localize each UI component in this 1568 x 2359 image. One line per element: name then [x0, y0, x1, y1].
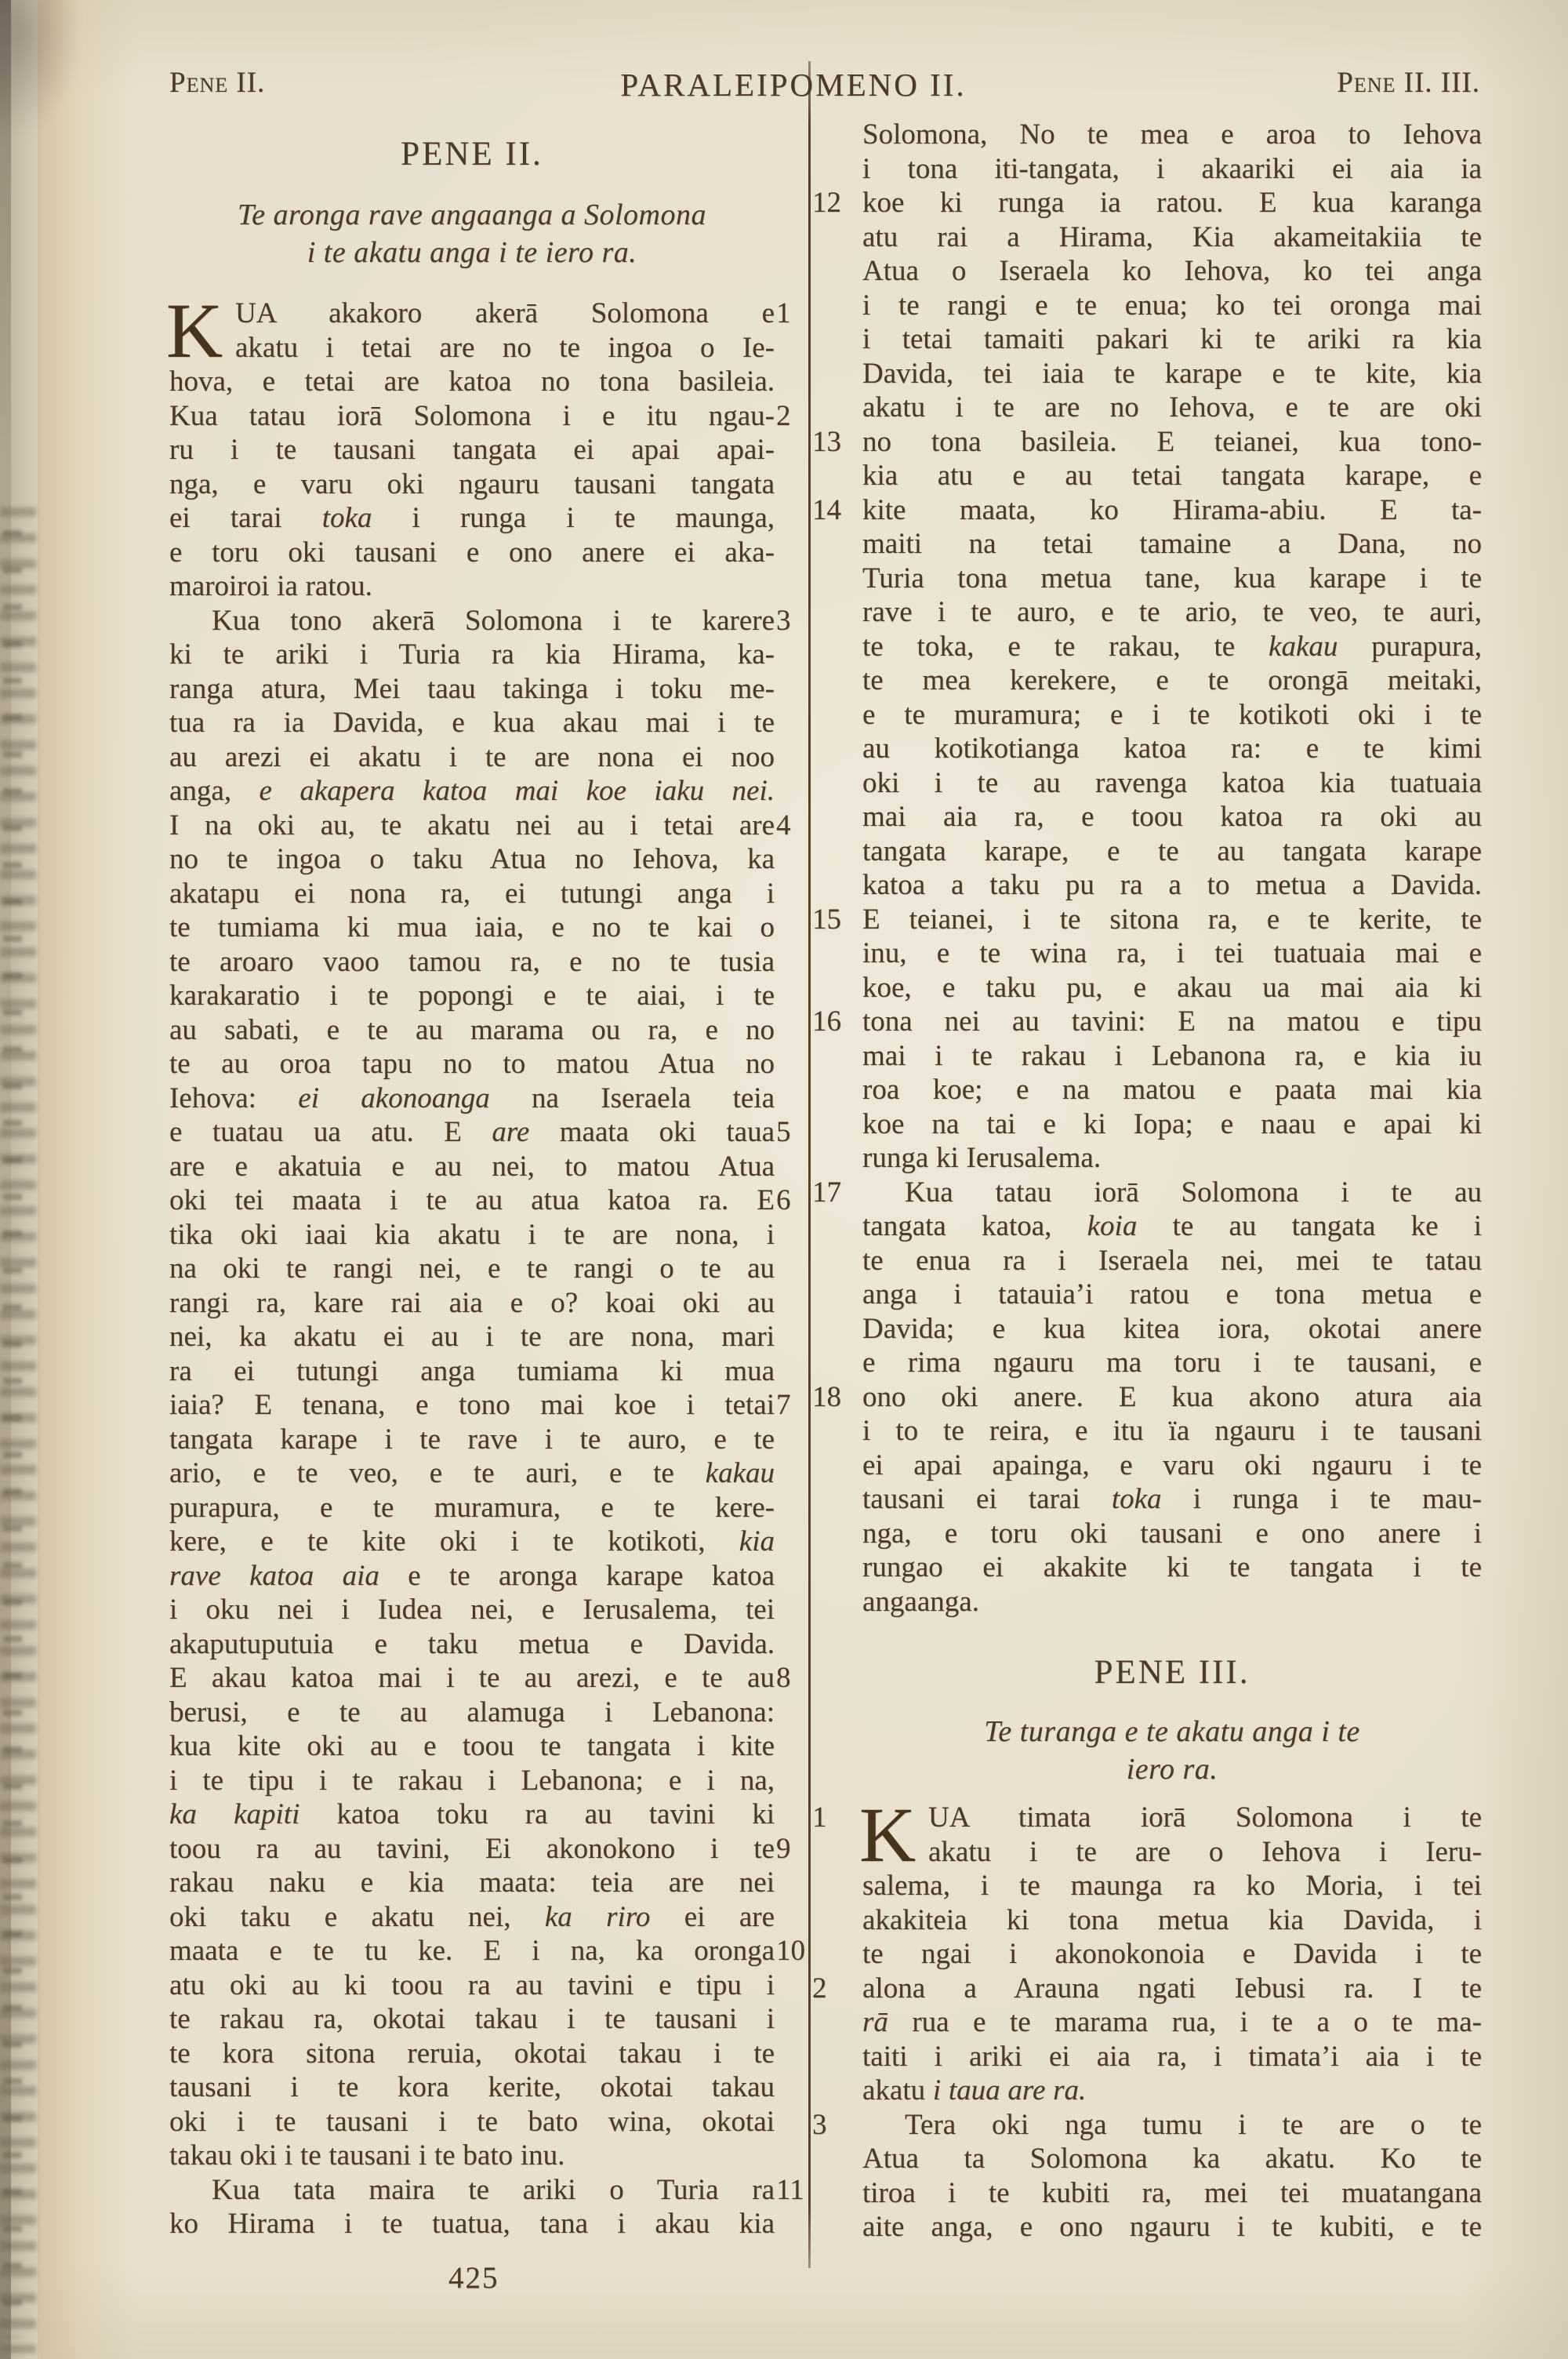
- verse-number: 3: [812, 2108, 853, 2143]
- gutter-shadow: [38, 0, 132, 2359]
- text-line: ranga atura, Mei taau takinga i toku me-: [169, 672, 775, 707]
- text-line: no te ingoa o taku Atua no Iehova, ka: [169, 842, 775, 877]
- verse-number: 17: [812, 1176, 853, 1210]
- line-text: koe ki runga ia ratou. E kua karanga: [862, 187, 1482, 219]
- chapter-subtitle-line: iero ra.: [862, 1752, 1482, 1787]
- line-text: runga ki Ierusalema.: [862, 1142, 1101, 1174]
- line-text: tausani i te kora kerite, okotai takau: [169, 2071, 775, 2103]
- line-text: tangata karape, e te au tangata karape: [862, 835, 1482, 867]
- text-line: Solomona, No te mea e aroa to Iehova: [862, 118, 1482, 152]
- text-line: atu oki au ki toou ra au tavini e tipu i: [169, 1968, 775, 2003]
- line-text: Atua o Iseraela ko Iehova, ko tei anga: [862, 255, 1482, 287]
- text-line: au sabati, e te au marama ou ra, e no: [169, 1013, 775, 1048]
- verse-number: 3: [776, 604, 811, 638]
- line-text: akaputuputuia e taku metua e Davida.: [169, 1628, 775, 1660]
- verse-number: 12: [812, 186, 853, 220]
- line-text: Kua tatau iorā Solomona i te au: [905, 1176, 1482, 1209]
- verse-number: 2: [812, 1972, 853, 2006]
- chapter-subtitle-line: Te turanga e te akatu anga i te: [862, 1714, 1482, 1749]
- line-text: akatu i te are no Iehova, e te are oki: [862, 391, 1482, 423]
- italic-text: rave katoa aia: [169, 1560, 379, 1592]
- verse-number: 5: [776, 1115, 811, 1150]
- line-text: ei apai apainga, e varu oki ngauru i te: [862, 1449, 1482, 1481]
- line-text: mai aia ra, e toou katoa ra oki au: [862, 801, 1482, 833]
- text-line: i tona iti-tangata, i akaariki ei aia ia: [862, 152, 1482, 187]
- text-line: salema, i te maunga ra ko Moria, i tei: [862, 1869, 1482, 1903]
- text-line: te enua ra i Iseraela nei, mei te tatau: [862, 1244, 1482, 1278]
- line-text: au kotikotianga katoa ra: e te kimi: [862, 732, 1482, 765]
- line-text: maiti na tetai tamaine a Dana, no: [862, 528, 1482, 560]
- text-line: atu rai a Hirama, Kia akameitakiia te: [862, 220, 1482, 255]
- line-text: rā rua e te marama rua, i te a o te ma-: [862, 2006, 1482, 2038]
- text-line: te aroaro vaoo tamou ra, e no te tusia: [169, 945, 775, 980]
- showthrough-text-marks: [3, 518, 22, 2337]
- line-text: toou ra au tavini, Ei akonokono i te: [169, 1833, 775, 1865]
- corner-shadow: [0, 0, 78, 136]
- line-text: UA timata iorā Solomona i te: [928, 1801, 1482, 1834]
- verse-number: 7: [776, 1388, 811, 1423]
- line-text: ru i te tausani tangata ei apai apai-: [169, 434, 775, 466]
- text-line: nga, e toru oki tausani e ono anere i: [862, 1517, 1482, 1551]
- chapter-heading: PENE II.: [169, 135, 775, 173]
- line-text: te tumiama ki mua iaia, e no te kai o: [169, 911, 775, 943]
- text-line: tausani ei tarai toka i runga i te mau-: [862, 1482, 1482, 1517]
- line-text: no te ingoa o taku Atua no Iehova, ka: [169, 843, 775, 875]
- line-text: au arezi ei akatu i te are nona ei noo: [169, 741, 775, 773]
- line-text: I na oki au, te akatu nei au i tetai are: [169, 809, 775, 841]
- verse-number: 11: [776, 2173, 811, 2208]
- text-line: i tetai tamaiti pakari ki te ariki ra ki…: [862, 322, 1482, 357]
- line-text: anga, e akapera katoa mai koe iaku nei.: [169, 775, 775, 807]
- column-text-block: Solomona, No te mea e aroa to Iehovai to…: [862, 118, 1482, 1619]
- line-text: te enua ra i Iseraela nei, mei te tatau: [862, 1245, 1482, 1277]
- text-line: te kora sitona reruia, okotai takau i te: [169, 2037, 775, 2071]
- line-text: Iehova: ei akonoanga na Iseraela teia: [169, 1082, 775, 1114]
- line-text: nga, e varu oki ngauru tausani tangata: [169, 468, 775, 500]
- line-text: ki te ariki i Turia ra kia Hirama, ka-: [169, 638, 775, 671]
- text-line: maiti na tetai tamaine a Dana, no: [862, 527, 1482, 562]
- text-line: ono oki anere. E kua akono atura aia18: [862, 1380, 1482, 1415]
- text-line: akaputuputuia e taku metua e Davida.: [169, 1627, 775, 1662]
- text-line: Tera oki nga tumu i te are o te3: [862, 2108, 1482, 2143]
- verse-number: 18: [812, 1380, 853, 1415]
- text-line: Kua tatau iorā Solomona i e itu ngau-2: [169, 399, 775, 434]
- line-text: Kua tatau iorā Solomona i e itu ngau-: [169, 400, 775, 432]
- line-text: au sabati, e te au marama ou ra, e no: [169, 1014, 775, 1046]
- text-line: i to te reira, e itu ïa ngauru i te taus…: [862, 1414, 1482, 1448]
- line-text: oki i te au ravenga katoa kia tuatuaia: [862, 767, 1482, 799]
- line-text: e toru oki tausani e ono anere ei aka-: [169, 536, 775, 569]
- text-line: tangata karape, e te au tangata karape: [862, 834, 1482, 869]
- text-line: au arezi ei akatu i te are nona ei noo: [169, 740, 775, 775]
- line-text: koe, e taku pu, e akau ua mai aia ki: [862, 972, 1482, 1004]
- text-line: roa koe; e na matou e paata mai kia: [862, 1073, 1482, 1107]
- line-text: ei tarai toka i runga i te maunga,: [169, 502, 775, 534]
- text-line: kite maata, ko Hirama-abiu. E ta-14: [862, 493, 1482, 528]
- text-line: hova, e tetai are katoa no tona basileia…: [169, 365, 775, 399]
- italic-text: ei akonoanga: [298, 1082, 489, 1114]
- italic-text: are: [492, 1116, 529, 1148]
- italic-text: kakau: [706, 1457, 775, 1489]
- verse-number: 16: [812, 1005, 853, 1039]
- chapter-subtitle-line: i te akatu anga i te iero ra.: [169, 235, 775, 270]
- text-line: nei, ka akatu ei au i te are nona, mari: [169, 1320, 775, 1354]
- line-text: takau oki i te tausani i te bato inu.: [169, 2139, 564, 2172]
- line-text: Davida; e kua kitea iora, okotai anere: [862, 1313, 1482, 1345]
- text-line: i te tipu i te rakau i Lebanona; e i na,: [169, 1764, 775, 1798]
- text-line: te rakau ra, okotai takau i te tausani i: [169, 2002, 775, 2037]
- text-line: Kua tono akerā Solomona i te karere3: [169, 604, 775, 638]
- verse-number: 13: [812, 425, 853, 460]
- text-line: taiti i ariki ei aia ra, i timata’i aia …: [862, 2040, 1482, 2074]
- line-text: te toka, e te rakau, te kakau purapura,: [862, 631, 1482, 663]
- line-text: tangata katoa, koia te au tangata ke i: [862, 1210, 1482, 1242]
- line-text: i te rangi e te enua; ko tei oronga mai: [862, 289, 1482, 322]
- text-line: iaia? E tenana, e tono mai koe i tetai7: [169, 1388, 775, 1423]
- line-text: rakau naku e kia maata: teia are nei: [169, 1866, 775, 1899]
- text-line: oki taku e akatu nei, ka riro ei are: [169, 1900, 775, 1935]
- text-line: Atua o Iseraela ko Iehova, ko tei anga: [862, 254, 1482, 289]
- text-line: te mea kerekere, e te orongā meitaki,: [862, 663, 1482, 698]
- line-text: alona a Arauna ngati Iebusi ra. I te: [862, 1972, 1482, 2005]
- italic-text: ka kapiti: [169, 1798, 299, 1830]
- text-line: E akau katoa mai i te au arezi, e te au8: [169, 1661, 775, 1696]
- text-line: Turia tona metua tane, kua karape i te: [862, 562, 1482, 596]
- text-line: mai aia ra, e toou katoa ra oki au: [862, 800, 1482, 834]
- text-line: tona nei au tavini: E na matou e tipu16: [862, 1005, 1482, 1039]
- text-line: te au oroa tapu no to matou Atua no: [169, 1047, 775, 1081]
- line-text: te kora sitona reruia, okotai takau i te: [169, 2037, 775, 2070]
- chapter-subtitle-line: Te aronga rave angaanga a Solomona: [169, 198, 775, 232]
- text-line: no tona basileia. E teianei, kua tono-13: [862, 425, 1482, 460]
- line-text: E teianei, i te sitona ra, e te kerite, …: [862, 903, 1482, 936]
- text-line: tausani i te kora kerite, okotai takau: [169, 2070, 775, 2105]
- text-line: e te muramura; e i te kotikoti oki i te: [862, 698, 1482, 732]
- text-line: rungao ei akakite ki te tangata i te: [862, 1550, 1482, 1585]
- text-line: ki te ariki i Turia ra kia Hirama, ka-: [169, 638, 775, 672]
- text-line: oki i te au ravenga katoa kia tuatuaia: [862, 766, 1482, 801]
- line-text: berusi, e te au alamuga i Lebanona:: [169, 1696, 775, 1728]
- line-text: aite anga, e ono ngauru i te kubiti, e t…: [862, 2211, 1482, 2243]
- text-line: akatu i tetai are no te ingoa o Ie-: [169, 331, 775, 365]
- line-text: mai i te rakau i Lebanona ra, e kia iu: [862, 1040, 1482, 1072]
- text-line: Kua tatau iorā Solomona i te au17: [862, 1176, 1482, 1210]
- verse-number: 1: [812, 1801, 853, 1835]
- text-line: tika oki iaai kia akatu i te are nona, i: [169, 1218, 775, 1252]
- italic-text: toka: [322, 502, 372, 534]
- text-line: purapura, e te muramura, e te kere-: [169, 1491, 775, 1525]
- line-text: i oku nei i Iudea nei, e Ierusalema, tei: [169, 1594, 775, 1626]
- text-line: kia atu e au tetai tangata karape, e: [862, 459, 1482, 493]
- line-text: tua ra ia Davida, e kua akau mai i te: [169, 707, 775, 739]
- line-text: salema, i te maunga ra ko Moria, i tei: [862, 1870, 1482, 1902]
- verse-number: 8: [776, 1661, 811, 1696]
- text-line: na oki te rangi nei, e te rangi o te au: [169, 1252, 775, 1286]
- text-line: nga, e varu oki ngauru tausani tangata: [169, 467, 775, 502]
- text-line: maroiroi ia ratou.: [169, 569, 775, 604]
- text-line: koe, e taku pu, e akau ua mai aia ki: [862, 971, 1482, 1005]
- italic-text: rā: [862, 2006, 888, 2038]
- line-text: Davida, tei iaia te karape e te kite, ki…: [862, 358, 1482, 390]
- line-text: iaia? E tenana, e tono mai koe i tetai: [169, 1389, 775, 1421]
- line-text: tona nei au tavini: E na matou e tipu: [862, 1005, 1482, 1038]
- line-text: i te tipu i te rakau i Lebanona; e i na,: [169, 1765, 775, 1797]
- text-line: UA timata iorā Solomona i te1: [862, 1801, 1482, 1835]
- line-text: nei, ka akatu ei au i te are nona, mari: [169, 1321, 775, 1353]
- text-line: E teianei, i te sitona ra, e te kerite, …: [862, 903, 1482, 937]
- column-text-block: K UA akakoro akerā Solomona e1akatu i te…: [169, 296, 775, 2241]
- line-text: akatu i taua are ra.: [862, 2074, 1086, 2106]
- line-text: katoa a taku pu ra a to metua a Davida.: [862, 869, 1482, 901]
- text-line: oki tei maata i te au atua katoa ra. E6: [169, 1183, 775, 1218]
- line-text: ra ei tutungi anga tumiama ki mua: [169, 1355, 775, 1387]
- text-line: rā rua e te marama rua, i te a o te ma-: [862, 2005, 1482, 2040]
- line-text: purapura, e te muramura, e te kere-: [169, 1492, 775, 1524]
- running-header-left: Pene II.: [169, 66, 265, 100]
- line-text: e te muramura; e i te kotikoti oki i te: [862, 699, 1482, 731]
- text-line: tiroa i te kubiti ra, mei tei muatangana: [862, 2176, 1482, 2211]
- line-text: tika oki iaai kia akatu i te are nona, i: [169, 1219, 775, 1251]
- text-line: toou ra au tavini, Ei akonokono i te9: [169, 1832, 775, 1866]
- text-line: e toru oki tausani e ono anere ei aka-: [169, 536, 775, 570]
- line-text: akatapu ei nona ra, ei tutungi anga i: [169, 878, 775, 910]
- text-line: are e akatuia e au nei, to matou Atua: [169, 1150, 775, 1184]
- text-line: ra ei tutungi anga tumiama ki mua: [169, 1354, 775, 1389]
- verse-number: 1: [776, 296, 811, 331]
- text-line: rave katoa aia e te aronga karape katoa: [169, 1559, 775, 1594]
- text-line: ei apai apainga, e varu oki ngauru i te: [862, 1448, 1482, 1483]
- line-text: nga, e toru oki tausani e ono anere i: [862, 1518, 1482, 1550]
- line-text: oki i te tausani i te bato wina, okotai: [169, 2106, 775, 2138]
- italic-text: koia: [1087, 1210, 1138, 1242]
- line-text: e tuatau ua atu. E are maata oki taua: [169, 1116, 775, 1148]
- line-text: anga i tatauia’i ratou e tona metua e: [862, 1278, 1482, 1310]
- text-line: Atua ta Solomona ka akatu. Ko te: [862, 2142, 1482, 2176]
- text-line: angaanga.: [862, 1585, 1482, 1619]
- text-line: runga ki Ierusalema.: [862, 1141, 1482, 1176]
- line-text: tangata karape i te rave i te auro, e te: [169, 1423, 775, 1456]
- line-text: i tona iti-tangata, i akaariki ei aia ia: [862, 153, 1482, 185]
- line-text: ono oki anere. E kua akono atura aia: [862, 1381, 1482, 1413]
- line-text: no tona basileia. E teianei, kua tono-: [862, 426, 1482, 458]
- line-text: rave i te auro, e te ario, te veo, te au…: [862, 596, 1482, 628]
- scanned-book-page: { "page": { "number": "425", "paper_colo…: [0, 0, 1568, 2359]
- text-line: UA akakoro akerā Solomona e1: [169, 296, 775, 331]
- text-line: ario, e te veo, e te auri, e te kakau: [169, 1456, 775, 1491]
- line-text: kua kite oki au e toou te tangata i kite: [169, 1730, 775, 1762]
- text-line: tua ra ia Davida, e kua akau mai i te: [169, 706, 775, 740]
- line-text: atu oki au ki toou ra au tavini e tipu i: [169, 1969, 775, 2001]
- line-text: rave katoa aia e te aronga karape katoa: [169, 1560, 775, 1592]
- chapter-heading: PENE III.: [862, 1653, 1482, 1692]
- text-line: au kotikotianga katoa ra: e te kimi: [862, 732, 1482, 766]
- text-line: Davida, tei iaia te karape e te kite, ki…: [862, 357, 1482, 391]
- text-line: tangata katoa, koia te au tangata ke i: [862, 1209, 1482, 1244]
- text-line: maata e te tu ke. E i na, ka oronga10: [169, 1934, 775, 1968]
- line-text: rungao ei akakite ki te tangata i te: [862, 1551, 1482, 1583]
- line-text: te au oroa tapu no to matou Atua no: [169, 1048, 775, 1080]
- text-line: koe na tai e ki Iopa; e naau e apai ki: [862, 1107, 1482, 1142]
- text-line: aite anga, e ono ngauru i te kubiti, e t…: [862, 2210, 1482, 2245]
- line-text: ka kapiti katoa toku ra au tavini ki: [169, 1798, 775, 1830]
- italic-text: kakau: [1269, 631, 1338, 663]
- line-text: akakiteia ki tona metua kia Davida, i: [862, 1904, 1482, 1936]
- line-text: Kua tono akerā Solomona i te karere: [212, 605, 775, 637]
- italic-text: e akapera katoa mai koe iaku nei.: [260, 775, 775, 807]
- line-text: tausani ei tarai toka i runga i te mau-: [862, 1483, 1482, 1515]
- text-line: ei tarai toka i runga i te maunga,: [169, 501, 775, 536]
- text-line: akatapu ei nona ra, ei tutungi anga i: [169, 877, 775, 911]
- text-line: e tuatau ua atu. E are maata oki taua5: [169, 1115, 775, 1150]
- line-text: oki taku e akatu nei, ka riro ei are: [169, 1901, 775, 1933]
- line-text: kere, e te kite oki i te kotikoti, kia: [169, 1525, 775, 1558]
- line-text: Kua tata maira te ariki o Turia ra: [212, 2174, 775, 2206]
- text-line: ko Hirama i te tuatua, tana i akau kia: [169, 2207, 775, 2241]
- text-line: katoa a taku pu ra a to metua a Davida.: [862, 868, 1482, 903]
- line-text: na oki te rangi nei, e te rangi o te au: [169, 1252, 775, 1285]
- text-line: ka kapiti katoa toku ra au tavini ki: [169, 1797, 775, 1832]
- column-text-block: K UA timata iorā Solomona i te1akatu i t…: [862, 1801, 1482, 2245]
- verse-number: 4: [776, 809, 811, 843]
- line-text: are e akatuia e au nei, to matou Atua: [169, 1150, 775, 1183]
- line-text: ko Hirama i te tuatua, tana i akau kia: [169, 2208, 775, 2240]
- verse-number: 15: [812, 903, 853, 937]
- text-line: akatu i te are no Iehova, e te are oki: [862, 391, 1482, 425]
- text-line: mai i te rakau i Lebanona ra, e kia iu: [862, 1039, 1482, 1074]
- text-line: karakaratio i te popongi e te aiai, i te: [169, 979, 775, 1013]
- text-line: i oku nei i Iudea nei, e Ierusalema, tei: [169, 1593, 775, 1627]
- line-text: oki tei maata i te au atua katoa ra. E: [169, 1184, 775, 1216]
- line-text: ranga atura, Mei taau takinga i toku me-: [169, 673, 775, 705]
- text-line: takau oki i te tausani i te bato inu.: [169, 2139, 775, 2173]
- line-text: te ngai i akonokonoia e Davida i te: [862, 1938, 1482, 1970]
- line-text: akatu i tetai are no te ingoa o Ie-: [235, 332, 775, 364]
- text-line: akatu i taua are ra.: [862, 2074, 1482, 2108]
- text-line: rangi ra, kare rai aia e o? koai oki au: [169, 1286, 775, 1321]
- verse-number: 14: [812, 493, 853, 528]
- line-text: te rakau ra, okotai takau i te tausani i: [169, 2003, 775, 2035]
- text-line: rakau naku e kia maata: teia are nei: [169, 1866, 775, 1900]
- text-line: anga, e akapera katoa mai koe iaku nei.: [169, 774, 775, 809]
- line-text: E akau katoa mai i te au arezi, e te au: [169, 1662, 775, 1694]
- italic-text: ka riro: [545, 1901, 651, 1933]
- text-line: te toka, e te rakau, te kakau purapura,: [862, 630, 1482, 664]
- italic-text: i taua are ra.: [933, 2074, 1086, 2106]
- text-line: ru i te tausani tangata ei apai apai-: [169, 433, 775, 467]
- line-text: te mea kerekere, e te orongā meitaki,: [862, 664, 1482, 696]
- line-text: koe na tai e ki Iopa; e naau e apai ki: [862, 1108, 1482, 1140]
- verse-number: 2: [776, 399, 811, 434]
- line-text: roa koe; e na matou e paata mai kia: [862, 1074, 1482, 1106]
- text-line: rave i te auro, e te ario, te veo, te au…: [862, 595, 1482, 630]
- text-line: koe ki runga ia ratou. E kua karanga12: [862, 186, 1482, 220]
- text-line: e rima ngauru ma toru i te tausani, e: [862, 1346, 1482, 1380]
- line-text: maroiroi ia ratou.: [169, 570, 372, 602]
- text-line: inu, e te wina ra, i tei tuatuaia mai e: [862, 936, 1482, 971]
- line-text: ario, e te veo, e te auri, e te kakau: [169, 1457, 775, 1489]
- line-text: Atua ta Solomona ka akatu. Ko te: [862, 2143, 1482, 2175]
- text-line: te ngai i akonokonoia e Davida i te: [862, 1937, 1482, 1972]
- text-line: Iehova: ei akonoanga na Iseraela teia: [169, 1081, 775, 1116]
- page-number: 425: [448, 2260, 499, 2295]
- line-text: taiti i ariki ei aia ra, i timata’i aia …: [862, 2041, 1482, 2073]
- italic-text: toka: [1112, 1483, 1162, 1515]
- line-text: rangi ra, kare rai aia e o? koai oki au: [169, 1287, 775, 1319]
- text-line: Davida; e kua kitea iora, okotai anere: [862, 1312, 1482, 1347]
- line-text: angaanga.: [862, 1586, 979, 1618]
- line-text: i tetai tamaiti pakari ki te ariki ra ki…: [862, 323, 1482, 355]
- text-line: akatu i te are o Iehova i Ieru-: [862, 1835, 1482, 1870]
- text-line: berusi, e te au alamuga i Lebanona:: [169, 1696, 775, 1730]
- text-line: i te rangi e te enua; ko tei oronga mai: [862, 289, 1482, 323]
- italic-text: kia: [739, 1525, 775, 1558]
- line-text: e rima ngauru ma toru i te tausani, e: [862, 1347, 1482, 1379]
- line-text: i to te reira, e itu ïa ngauru i te taus…: [862, 1415, 1482, 1447]
- line-text: hova, e tetai are katoa no tona basileia…: [169, 365, 775, 398]
- text-line: alona a Arauna ngati Iebusi ra. I te2: [862, 1972, 1482, 2006]
- running-header-title: PARALEIPOMENO II.: [620, 66, 966, 104]
- text-line: tangata karape i te rave i te auro, e te: [169, 1423, 775, 1457]
- line-text: Solomona, No te mea e aroa to Iehova: [862, 118, 1482, 151]
- text-line: oki i te tausani i te bato wina, okotai: [169, 2105, 775, 2139]
- verse-number: 6: [776, 1183, 811, 1218]
- line-text: maata e te tu ke. E i na, ka oronga: [169, 1935, 775, 1967]
- line-text: akatu i te are o Iehova i Ieru-: [928, 1836, 1482, 1868]
- text-line: akakiteia ki tona metua kia Davida, i: [862, 1903, 1482, 1938]
- text-line: te tumiama ki mua iaia, e no te kai o: [169, 911, 775, 945]
- line-text: karakaratio i te popongi e te aiai, i te: [169, 980, 775, 1012]
- text-line: kua kite oki au e toou te tangata i kite: [169, 1729, 775, 1764]
- line-text: te aroaro vaoo tamou ra, e no te tusia: [169, 946, 775, 978]
- text-line: kere, e te kite oki i te kotikoti, kia: [169, 1525, 775, 1559]
- line-text: inu, e te wina ra, i tei tuatuaia mai e: [862, 937, 1482, 969]
- verse-number: 9: [776, 1832, 811, 1866]
- line-text: kia atu e au tetai tangata karape, e: [862, 460, 1482, 492]
- running-header-right: Pene II. III.: [1337, 66, 1480, 100]
- line-text: Turia tona metua tane, kua karape i te: [862, 562, 1482, 594]
- line-text: kite maata, ko Hirama-abiu. E ta-: [862, 494, 1482, 526]
- line-text: tiroa i te kubiti ra, mei tei muatangana: [862, 2177, 1482, 2209]
- line-text: UA akakoro akerā Solomona e: [235, 297, 775, 329]
- line-text: atu rai a Hirama, Kia akameitakiia te: [862, 221, 1482, 253]
- verse-number: 10: [776, 1934, 811, 1968]
- text-line: Kua tata maira te ariki o Turia ra11: [169, 2173, 775, 2208]
- text-line: I na oki au, te akatu nei au i tetai are…: [169, 809, 775, 843]
- line-text: Tera oki nga tumu i te are o te: [905, 2109, 1482, 2141]
- text-line: anga i tatauia’i ratou e tona metua e: [862, 1278, 1482, 1312]
